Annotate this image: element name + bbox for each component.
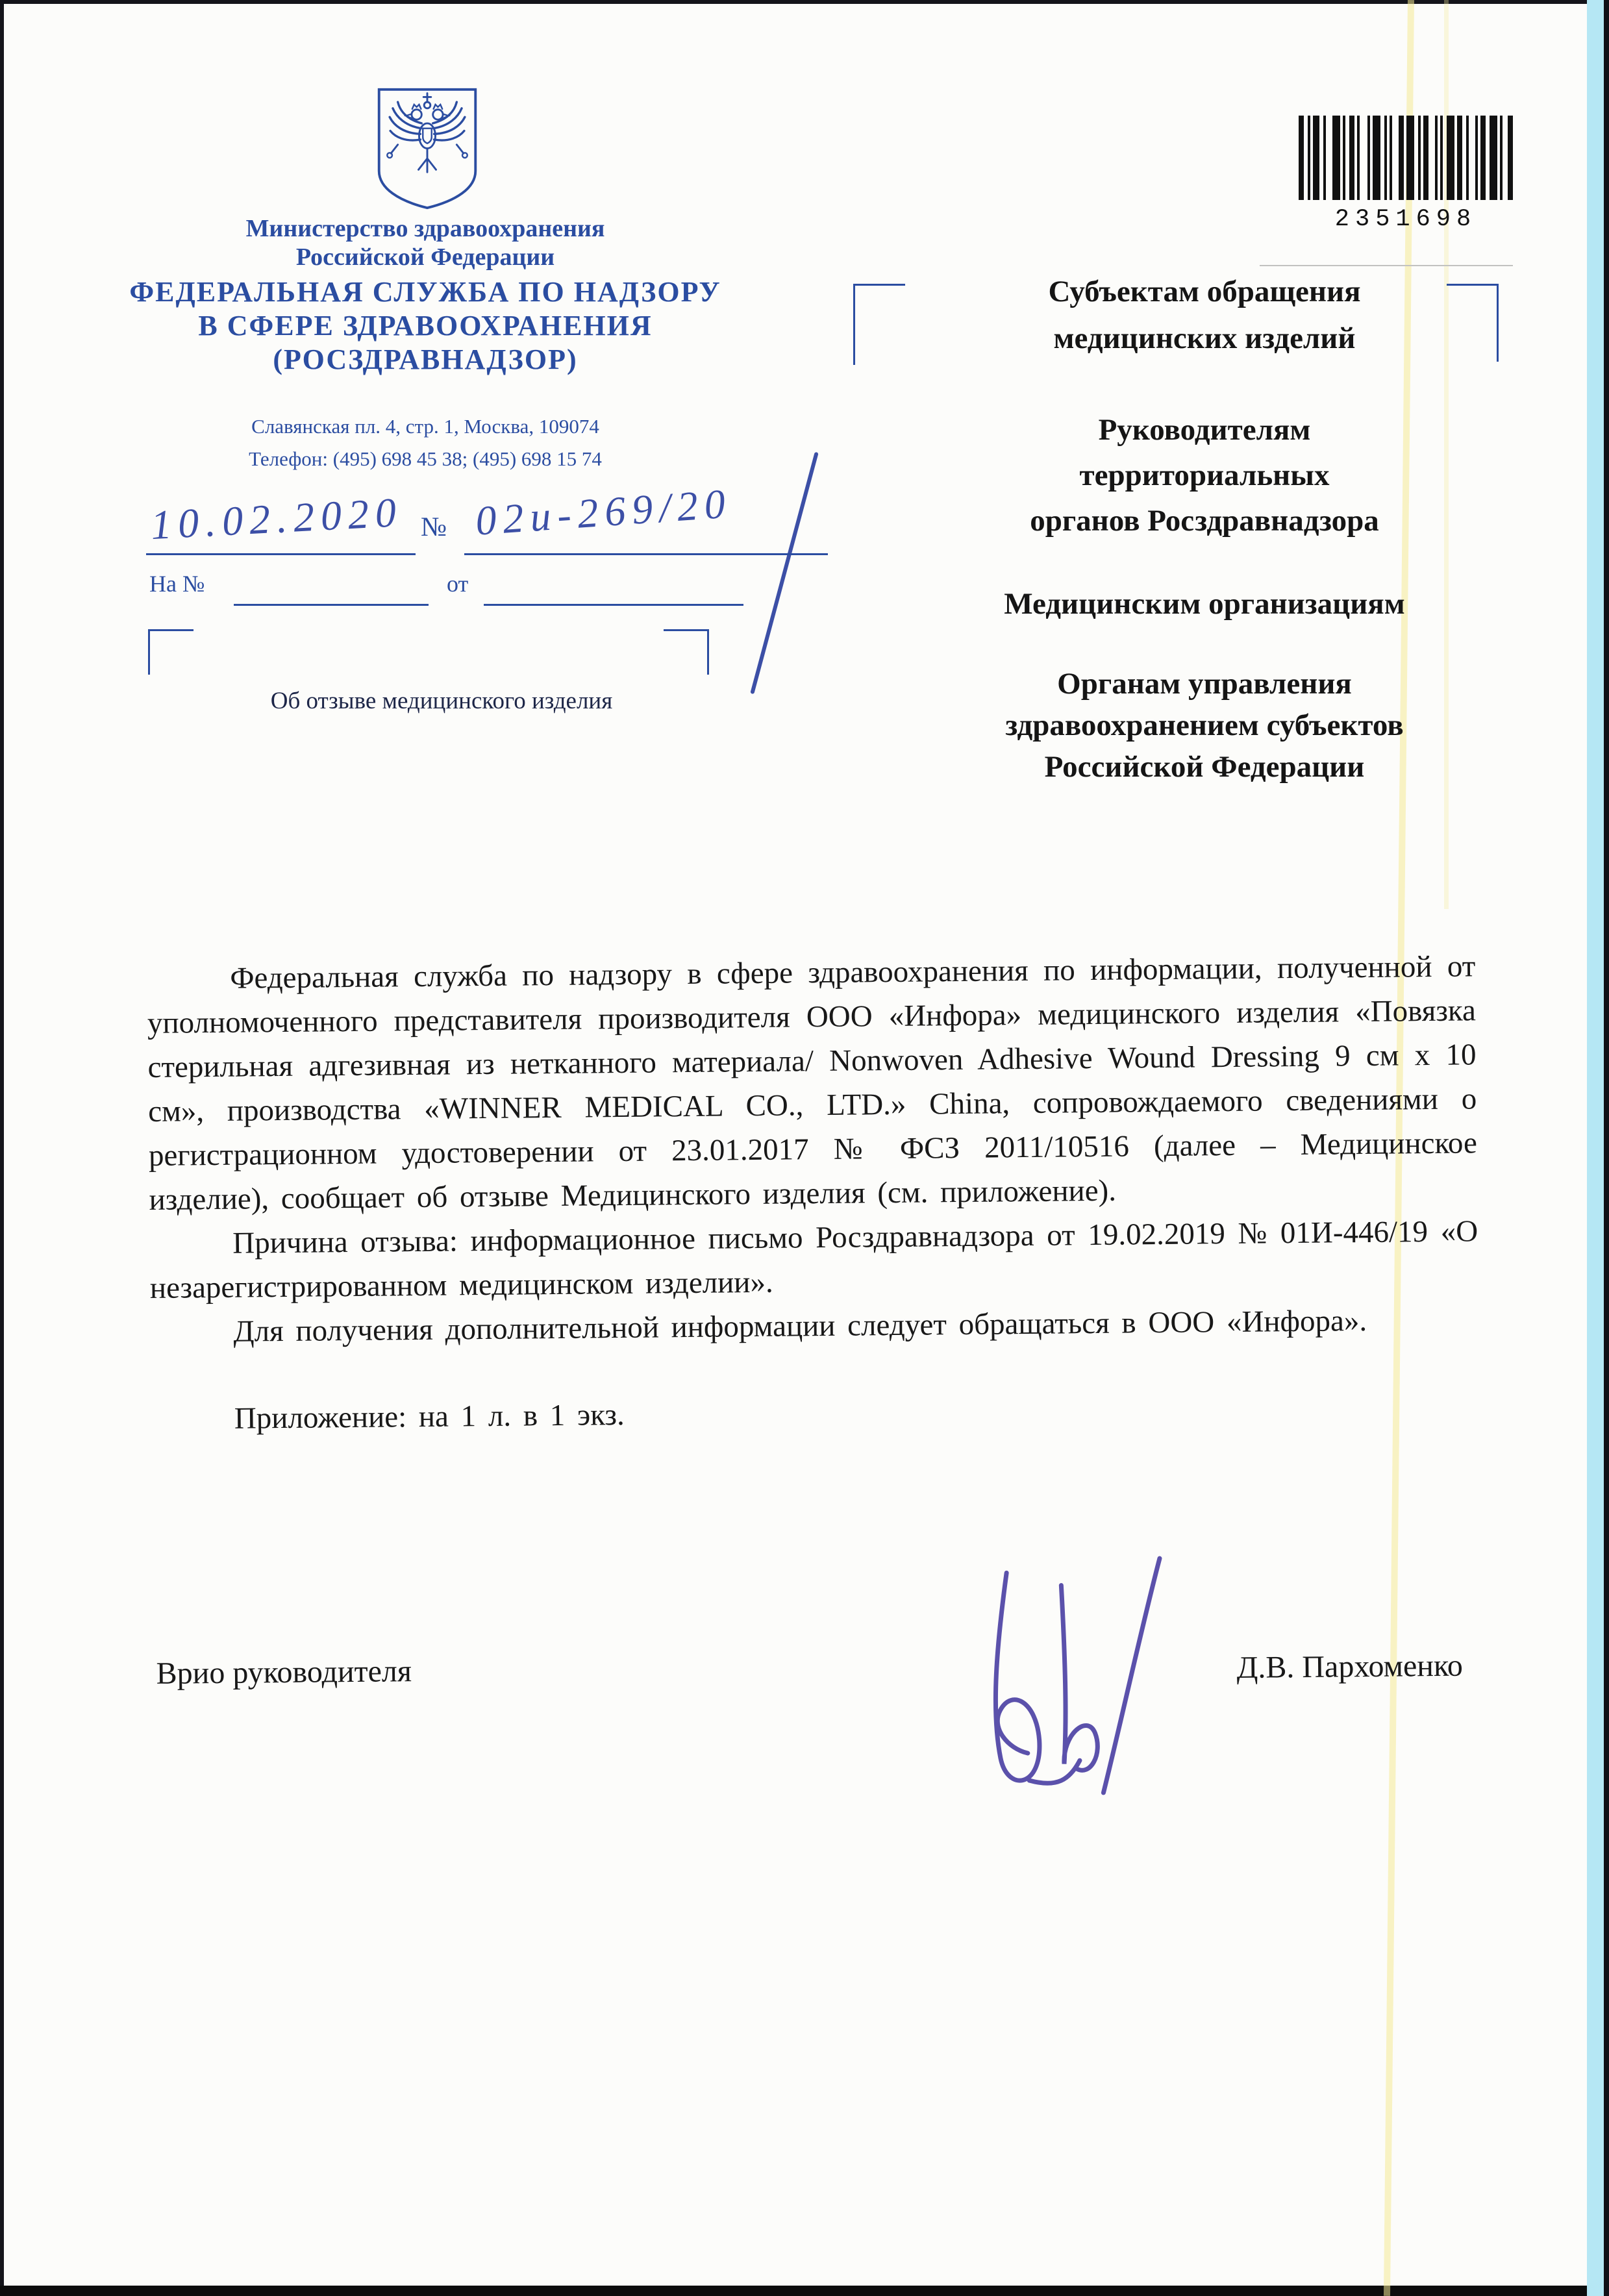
handwritten-slash-stroke [750, 452, 818, 694]
recipient-line: Субъектам обращения [870, 268, 1539, 315]
scan-edge-bottom [0, 2286, 1609, 2296]
recipient-block-2: Руководителям территориальных органов Ро… [870, 407, 1539, 543]
attachment-note: Приложение: на 1 л. в 1 экз. [151, 1384, 1480, 1441]
reply-from-label: от [447, 570, 468, 597]
number-underline [464, 553, 828, 555]
signature-position-title: Врио руководителя [156, 1653, 412, 1691]
service-line3: (РОСЗДРАВНАДЗОР) [127, 343, 724, 377]
barcode-number: 2351698 [1299, 206, 1513, 233]
recipient-block-4: Органам управления здравоохранением субъ… [870, 663, 1539, 788]
coat-of-arms-icon [374, 84, 480, 216]
barcode: 2351698 [1299, 116, 1513, 233]
letterhead-address: Славянская пл. 4, стр. 1, Москва, 109074 [149, 410, 701, 443]
letterhead-phone: Телефон: (495) 698 45 38; (495) 698 15 7… [149, 443, 701, 475]
recipient-block-3: Медицинским организациям [870, 581, 1539, 627]
scanned-letter-page: Министерство здравоохранения Российской … [0, 0, 1609, 2296]
ministry-header: Министерство здравоохранения Российской … [149, 214, 701, 271]
ministry-line1: Министерство здравоохранения [149, 214, 701, 243]
scan-stripe-cyan [1587, 0, 1604, 2296]
recipient-line: Российской Федерации [870, 746, 1539, 788]
letter-body: Федеральная служба по надзору в сфере зд… [147, 944, 1480, 1441]
reply-date-blank [484, 604, 743, 606]
subject-bracket-right [664, 629, 709, 675]
recipient-line: Медицинским организациям [870, 581, 1539, 627]
recipient-line: Руководителям [870, 407, 1539, 453]
service-header: ФЕДЕРАЛЬНАЯ СЛУЖБА ПО НАДЗОРУ В СФЕРЕ ЗД… [127, 275, 724, 377]
body-paragraph-2: Причина отзыва: информационное письмо Ро… [149, 1209, 1478, 1310]
recipient-line: Органам управления [870, 663, 1539, 705]
subject-bracket-left [148, 629, 193, 675]
recipient-block-1: Субъектам обращения медицинских изделий [870, 268, 1539, 362]
scan-artifact-line [1260, 265, 1513, 266]
ministry-line2: Российской Федерации [149, 243, 701, 271]
recipient-line: территориальных [870, 453, 1539, 498]
reply-number-blank [234, 604, 429, 606]
body-paragraph-1: Федеральная служба по надзору в сфере зд… [147, 944, 1478, 1222]
reply-prefix: На № [149, 570, 205, 597]
scan-edge-top [0, 0, 1609, 4]
subject-line: Об отзыве медицинского изделия [214, 687, 669, 715]
date-underline [146, 553, 416, 555]
signature-name: Д.В. Пархоменко [1236, 1648, 1463, 1686]
barcode-bars [1299, 116, 1513, 200]
handwritten-signature [951, 1532, 1174, 1810]
scan-edge-left [0, 0, 4, 2296]
number-sign: № [421, 512, 447, 543]
recipient-line: органов Росздравнадзора [870, 498, 1539, 543]
scan-edge-right [1604, 0, 1609, 2296]
handwritten-date: 10.02.2020 [149, 488, 403, 549]
letterhead-contacts: Славянская пл. 4, стр. 1, Москва, 109074… [149, 410, 701, 475]
handwritten-number: 02и-269/20 [474, 479, 733, 545]
recipient-line: медицинских изделий [870, 315, 1539, 362]
service-line1: ФЕДЕРАЛЬНАЯ СЛУЖБА ПО НАДЗОРУ [127, 275, 724, 309]
service-line2: В СФЕРЕ ЗДРАВООХРАНЕНИЯ [127, 309, 724, 343]
recipient-line: здравоохранением субъектов [870, 705, 1539, 746]
